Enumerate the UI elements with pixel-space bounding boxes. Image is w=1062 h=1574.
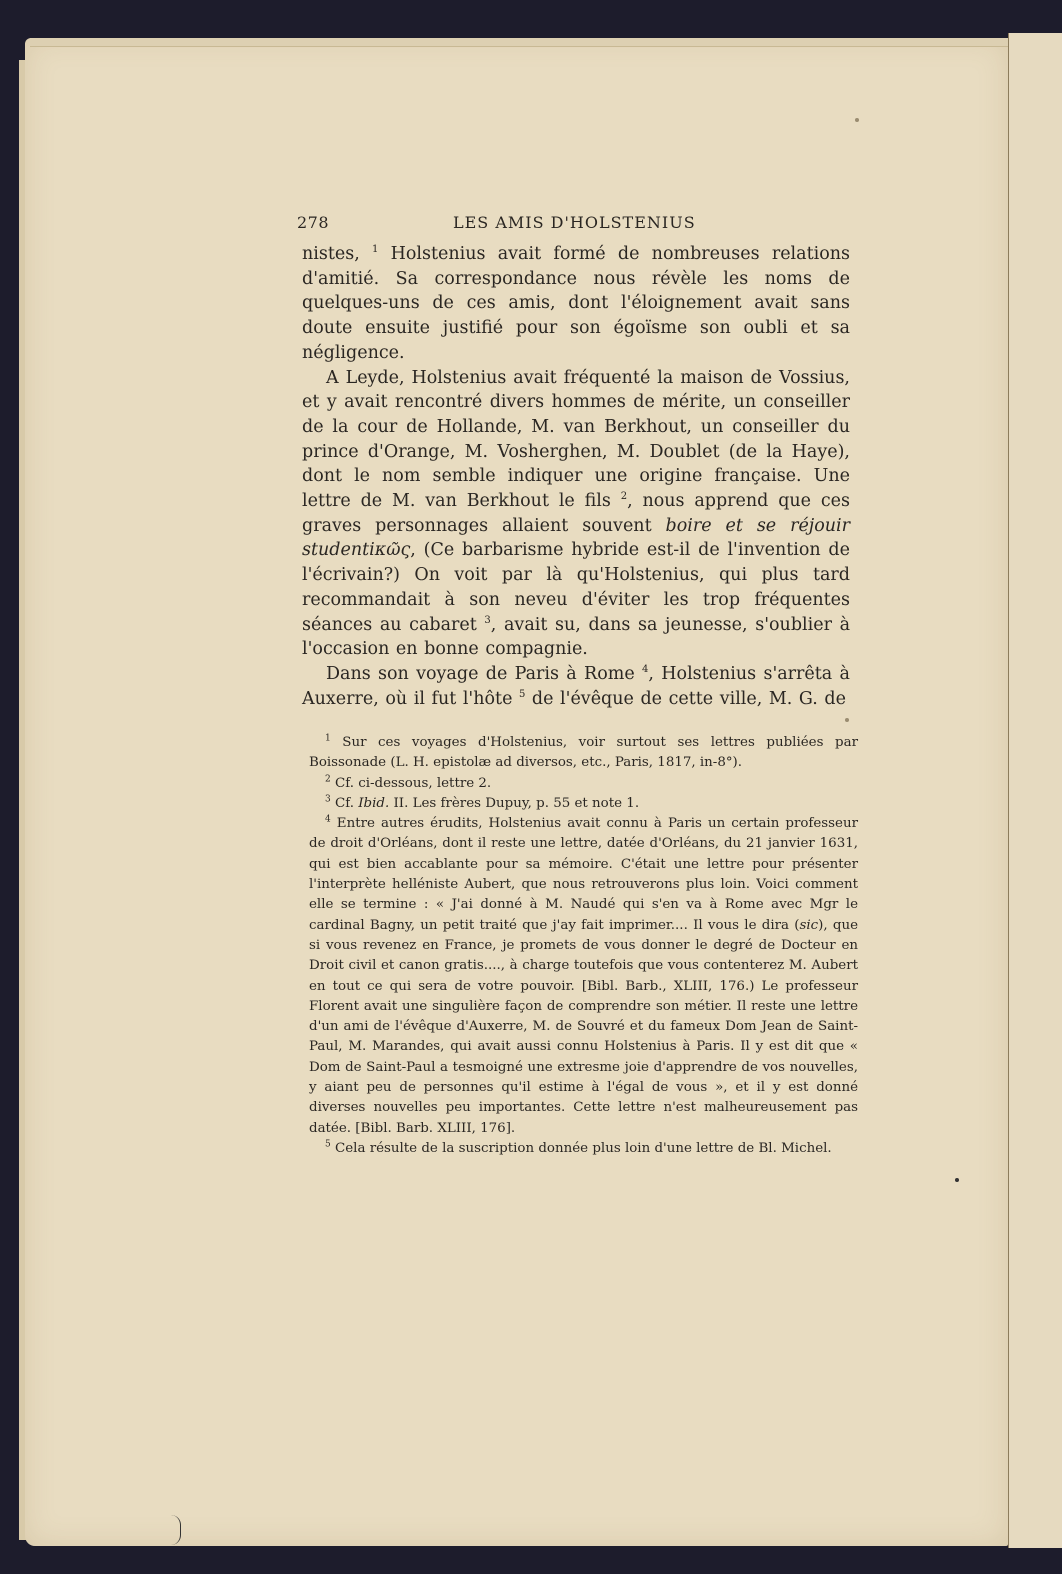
page-number: 278 [297, 213, 329, 232]
footnote-1: 1 Sur ces voyages d'Holstenius, voir sur… [309, 733, 858, 774]
paragraph-2: A Leyde, Holstenius avait fréquenté la m… [302, 366, 850, 662]
footnote-2: 2 Cf. ci-dessous, lettre 2. [309, 774, 858, 794]
footnotes: 1 Sur ces voyages d'Holstenius, voir sur… [309, 733, 858, 1159]
running-head: 278 LES AMIS D'HOLSTENIUS [297, 213, 867, 235]
paragraph-3: Dans son voyage de Paris à Rome 4, Holst… [302, 662, 850, 711]
next-page-edge [1008, 33, 1062, 1548]
footnote-5: 5 Cela résulte de la suscription donnée … [309, 1139, 858, 1159]
paper-speck [845, 718, 849, 722]
paper-speck [855, 118, 859, 122]
body-text: nistes, 1 Holstenius avait formé de nomb… [302, 242, 850, 711]
running-head-title: LES AMIS D'HOLSTENIUS [453, 213, 696, 232]
page-top-edge [30, 38, 1008, 47]
paragraph-1: nistes, 1 Holstenius avait formé de nomb… [302, 242, 850, 366]
pencil-mark [170, 1515, 181, 1545]
paper-speck [955, 1178, 959, 1182]
footnote-3: 3 Cf. Ibid. II. Les frères Dupuy, p. 55 … [309, 794, 858, 814]
footnote-4: 4 Entre autres érudits, Holstenius avait… [309, 814, 858, 1139]
